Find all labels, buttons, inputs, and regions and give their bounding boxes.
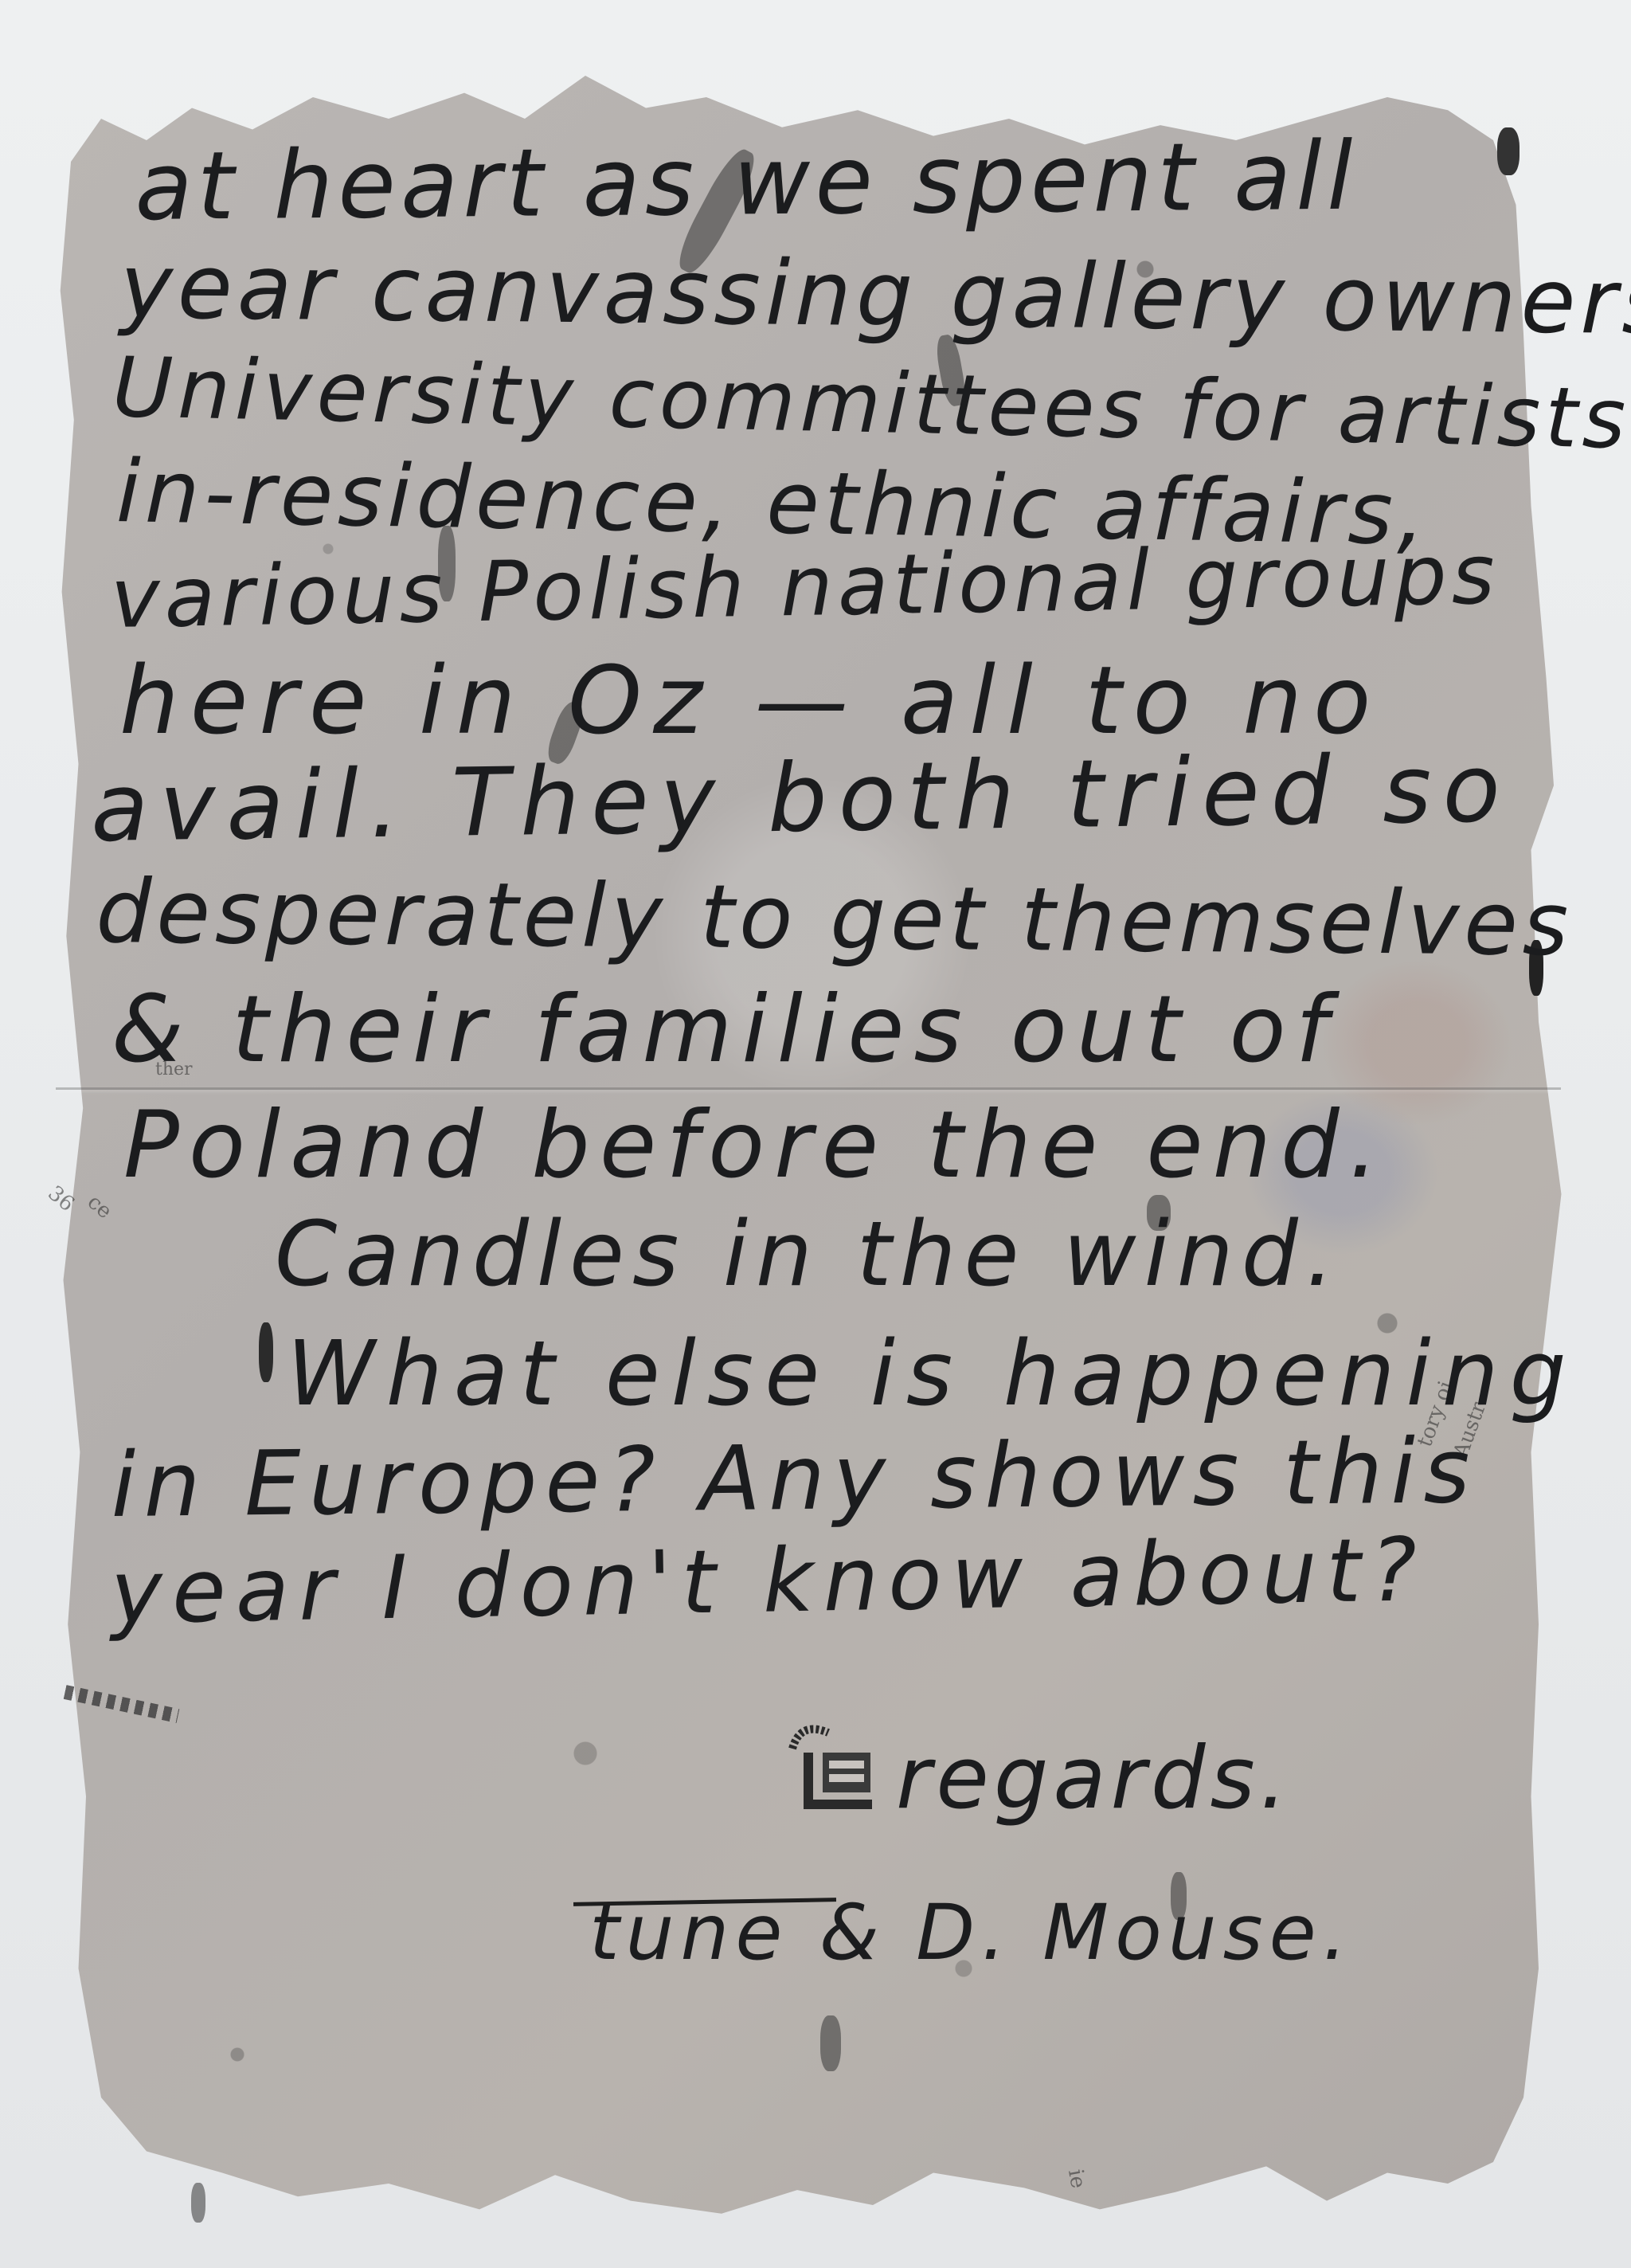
letter-line: avail. They both tried so <box>90 733 1512 863</box>
signature: tune & D. Mouse. <box>589 1888 1353 1977</box>
letter-line: in Europe? Any shows this <box>111 1420 1479 1537</box>
photo-background: 36 ce ther Austr tory oi ie at heart as … <box>0 0 1631 2268</box>
letter-line: desperately to get themselves <box>96 860 1574 975</box>
letter-line: year I don't know about? <box>110 1518 1427 1643</box>
letter-line: year canvassing gallery owners, <box>119 235 1631 355</box>
letter-line: Poland before the end. <box>123 1091 1388 1199</box>
letter-line: & their families out of <box>111 976 1337 1083</box>
letter-line: What else is happening <box>287 1322 1578 1426</box>
letter-text-black: & their families out of <box>111 976 1337 1083</box>
handwritten-letter: at heart as we spent all year canvassing… <box>0 0 1631 2268</box>
letter-line: at heart as we spent all <box>135 121 1359 241</box>
letter-line: Candles in the wind. <box>275 1203 1342 1306</box>
closing-regards: regards. <box>896 1729 1292 1828</box>
